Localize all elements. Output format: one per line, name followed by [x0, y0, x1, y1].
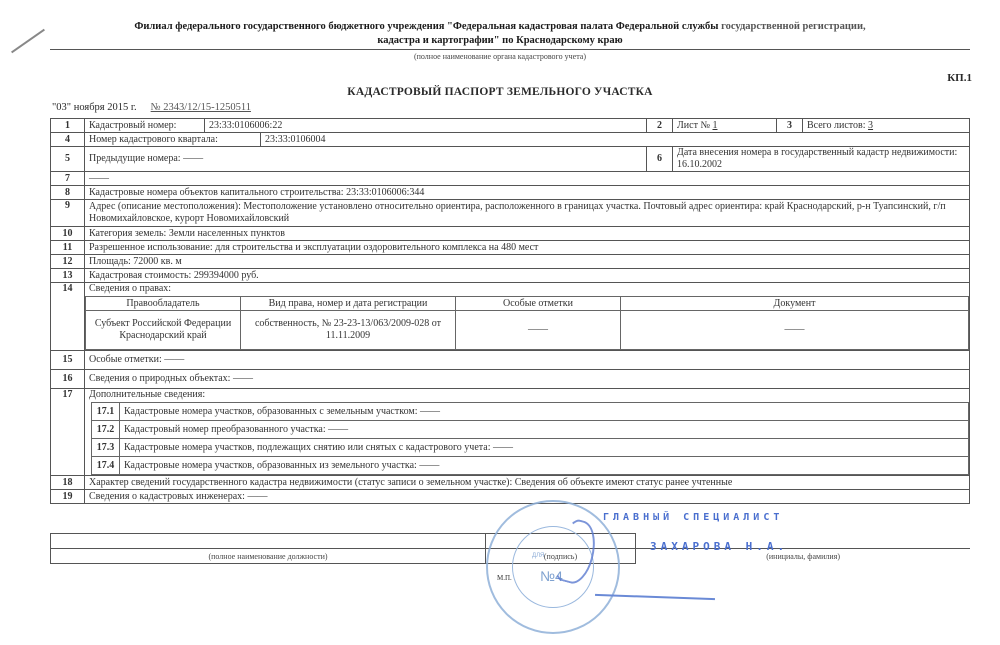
row-13: 13 Кадастровая стоимость: 299394000 руб. — [51, 269, 970, 283]
entry-date-value: 16.10.2002 — [677, 159, 722, 170]
capital-objects-label: Кадастровые номера объектов капитального… — [89, 187, 344, 198]
previous-numbers-value: —— — [183, 153, 203, 164]
cadastral-table: 1 Кадастровый номер: 23:33:0106006:22 2 … — [50, 118, 970, 504]
row-number: 14 — [51, 283, 85, 351]
row-8: 8 Кадастровые номера объектов капитально… — [51, 186, 970, 200]
special-marks-label: Особые отметки: — [89, 354, 162, 365]
row-5: 5 Предыдущие номера: —— 6 Дата внесения … — [51, 147, 970, 172]
col-holder: Правообладатель — [86, 297, 241, 311]
rights-table: Правообладатель Вид права, номер и дата … — [85, 296, 969, 350]
subrow-label: Кадастровые номера участков, образованны… — [124, 406, 417, 417]
row-number: 2 — [647, 119, 673, 133]
row-number: 11 — [51, 241, 85, 255]
subrow-content: Кадастровые номера участков, образованны… — [120, 457, 969, 475]
position-stamp: ГЛАВНЫЙ СПЕЦИАЛИСТ — [603, 512, 783, 523]
subrow-value: —— — [493, 442, 513, 453]
permitted-use: Разрешенное использование: для строитель… — [85, 241, 970, 255]
rights-document: —— — [621, 311, 969, 350]
row-number: 18 — [51, 476, 85, 490]
cadastral-value-label: Кадастровая стоимость: — [89, 270, 191, 281]
subrow-number: 17.2 — [92, 421, 120, 439]
cadastral-engineers-value: —— — [247, 491, 267, 502]
col-document: Документ — [621, 297, 969, 311]
row-number: 19 — [51, 490, 85, 504]
address: Адрес (описание местоположения): Местопо… — [85, 200, 970, 227]
subrow-content: Кадастровые номера участков, образованны… — [120, 403, 969, 421]
capital-objects-value: 23:33:0106006:344 — [346, 187, 424, 198]
land-category-value: Земли населенных пунктов — [169, 228, 285, 239]
rights-header: Правообладатель Вид права, номер и дата … — [86, 297, 969, 311]
total-sheets-value: 3 — [868, 120, 873, 131]
quarter-value: 23:33:0106004 — [261, 133, 970, 147]
special-marks: Особые отметки: —— — [85, 351, 970, 370]
previous-numbers-label: Предыдущие номера: — [89, 153, 181, 164]
rights-special-marks: —— — [456, 311, 621, 350]
row-19: 19 Сведения о кадастровых инженерах: —— — [51, 490, 970, 504]
row-1: 1 Кадастровый номер: 23:33:0106006:22 2 … — [51, 119, 970, 133]
col-special-marks: Особые отметки — [456, 297, 621, 311]
row-number: 16 — [51, 370, 85, 389]
rights-label: Сведения о правах: — [85, 283, 969, 296]
seal-place-label: М.П. — [497, 574, 512, 582]
row-number: 17 — [51, 389, 85, 476]
row-7-value: —— — [85, 172, 970, 186]
row-12: 12 Площадь: 72000 кв. м — [51, 255, 970, 269]
sheet-number: Лист № 1 — [673, 119, 777, 133]
total-sheets: Всего листов: 3 — [803, 119, 970, 133]
row-number: 15 — [51, 351, 85, 370]
row-number: 8 — [51, 186, 85, 200]
land-category: Категория земель: Земли населенных пункт… — [85, 227, 970, 241]
quarter-label: Номер кадастрового квартала: — [85, 133, 261, 147]
additional-info-label: Дополнительные сведения: — [85, 389, 969, 402]
organization-line2: кадастра и картографии" по Краснодарском… — [0, 34, 1000, 48]
cadastral-value-amount: 299394000 руб. — [194, 270, 259, 281]
subrow-17-4: 17.4 Кадастровые номера участков, образо… — [92, 457, 969, 475]
row-4: 4 Номер кадастрового квартала: 23:33:010… — [51, 133, 970, 147]
natural-objects: Сведения о природных объектах: —— — [85, 370, 970, 389]
cadastral-engineers-label: Сведения о кадастровых инженерах: — [89, 491, 245, 502]
area-value: 72000 кв. м — [133, 256, 181, 267]
additional-info-table: 17.1 Кадастровые номера участков, образо… — [91, 402, 969, 475]
row-number: 13 — [51, 269, 85, 283]
additional-info: Дополнительные сведения: 17.1 Кадастровы… — [85, 389, 970, 476]
document-number: № 2343/12/15-1250511 — [151, 102, 251, 113]
entry-date-label: Дата внесения номера в государственный к… — [677, 147, 957, 158]
rights-registration: собственность, № 23-23-13/063/2009-028 о… — [241, 311, 456, 350]
row-7: 7 —— — [51, 172, 970, 186]
row-number: 3 — [777, 119, 803, 133]
subrow-number: 17.4 — [92, 457, 120, 475]
organization-line1-end: государственной регистрации, — [721, 21, 866, 32]
record-status-label: Характер сведений государственного кадас… — [89, 477, 512, 488]
cadastral-value: Кадастровая стоимость: 299394000 руб. — [85, 269, 970, 283]
capital-objects: Кадастровые номера объектов капитального… — [85, 186, 970, 200]
row-17: 17 Дополнительные сведения: 17.1 Кадастр… — [51, 389, 970, 476]
subrow-17-3: 17.3 Кадастровые номера участков, подлеж… — [92, 439, 969, 457]
address-label: Адрес (описание местоположения): — [89, 201, 241, 212]
sheet-value: 1 — [712, 120, 717, 131]
subrow-value: —— — [328, 424, 348, 435]
cadastral-number-value: 23:33:0106006:22 — [205, 119, 647, 133]
organization-underline — [50, 49, 970, 50]
subrow-number: 17.3 — [92, 439, 120, 457]
row-number: 5 — [51, 147, 85, 172]
rights-holder: Субъект Российской Федерации Краснодарск… — [86, 311, 241, 350]
form-code: КП.1 — [947, 72, 972, 84]
special-marks-value: —— — [164, 354, 184, 365]
row-11: 11 Разрешенное использование: для строит… — [51, 241, 970, 255]
row-18: 18 Характер сведений государственного ка… — [51, 476, 970, 490]
sheet-label: Лист № — [677, 120, 710, 131]
organization-note: (полное наименование органа кадастрового… — [0, 52, 1000, 61]
organization-line1: Филиал федерального государственного бюд… — [134, 21, 718, 32]
row-number: 9 — [51, 200, 85, 227]
subrow-label: Кадастровые номера участков, образованны… — [124, 460, 417, 471]
row-number: 10 — [51, 227, 85, 241]
natural-objects-value: —— — [233, 373, 253, 384]
previous-numbers: Предыдущие номера: —— — [85, 147, 647, 172]
seal-text: ДЛЯ — [532, 553, 544, 559]
document-date: "03" ноября 2015 г. — [52, 102, 137, 113]
document-date-line: "03" ноября 2015 г.№ 2343/12/15-1250511 — [52, 102, 251, 113]
entry-date: Дата внесения номера в государственный к… — [673, 147, 970, 172]
row-number: 4 — [51, 133, 85, 147]
row-9: 9 Адрес (описание местоположения): Место… — [51, 200, 970, 227]
subrow-number: 17.1 — [92, 403, 120, 421]
subrow-17-1: 17.1 Кадастровые номера участков, образо… — [92, 403, 969, 421]
position-field — [51, 534, 486, 549]
total-sheets-label: Всего листов: — [807, 120, 866, 131]
record-status-value: Сведения об объекте имеют статус ранее у… — [515, 477, 733, 488]
area-label: Площадь: — [89, 256, 131, 267]
permitted-use-label: Разрешенное использование: — [89, 242, 213, 253]
subrow-content: Кадастровый номер преобразованного участ… — [120, 421, 969, 439]
land-category-label: Категория земель: — [89, 228, 166, 239]
subrow-17-2: 17.2 Кадастровый номер преобразованного … — [92, 421, 969, 439]
subrow-label: Кадастровые номера участков, подлежащих … — [124, 442, 490, 453]
row-15: 15 Особые отметки: —— — [51, 351, 970, 370]
row-number: 6 — [647, 147, 673, 172]
document-title: КАДАСТРОВЫЙ ПАСПОРТ ЗЕМЕЛЬНОГО УЧАСТКА — [0, 86, 1000, 98]
position-caption: (полное наименование должности) — [51, 549, 486, 564]
area: Площадь: 72000 кв. м — [85, 255, 970, 269]
subrow-content: Кадастровые номера участков, подлежащих … — [120, 439, 969, 457]
row-number: 12 — [51, 255, 85, 269]
row-14: 14 Сведения о правах: Правообладатель Ви… — [51, 283, 970, 351]
row-16: 16 Сведения о природных объектах: —— — [51, 370, 970, 389]
row-10: 10 Категория земель: Земли населенных пу… — [51, 227, 970, 241]
record-status: Характер сведений государственного кадас… — [85, 476, 970, 490]
row-number: 7 — [51, 172, 85, 186]
subrow-value: —— — [419, 460, 439, 471]
rights-section: Сведения о правах: Правообладатель Вид п… — [85, 283, 970, 351]
subrow-value: —— — [420, 406, 440, 417]
rights-row: Субъект Российской Федерации Краснодарск… — [86, 311, 969, 350]
name-stamp: ЗАХАРОВА Н.А. — [650, 540, 788, 553]
organization-name: Филиал федерального государственного бюд… — [0, 20, 1000, 48]
row-number: 1 — [51, 119, 85, 133]
cadastral-engineers: Сведения о кадастровых инженерах: —— — [85, 490, 970, 504]
permitted-use-value: для строительства и эксплуатации оздоров… — [215, 242, 538, 253]
signature-stroke — [595, 594, 715, 600]
natural-objects-label: Сведения о природных объектах: — [89, 373, 230, 384]
cadastral-number-label: Кадастровый номер: — [85, 119, 205, 133]
subrow-label: Кадастровый номер преобразованного участ… — [124, 424, 326, 435]
col-right-type: Вид права, номер и дата регистрации — [241, 297, 456, 311]
